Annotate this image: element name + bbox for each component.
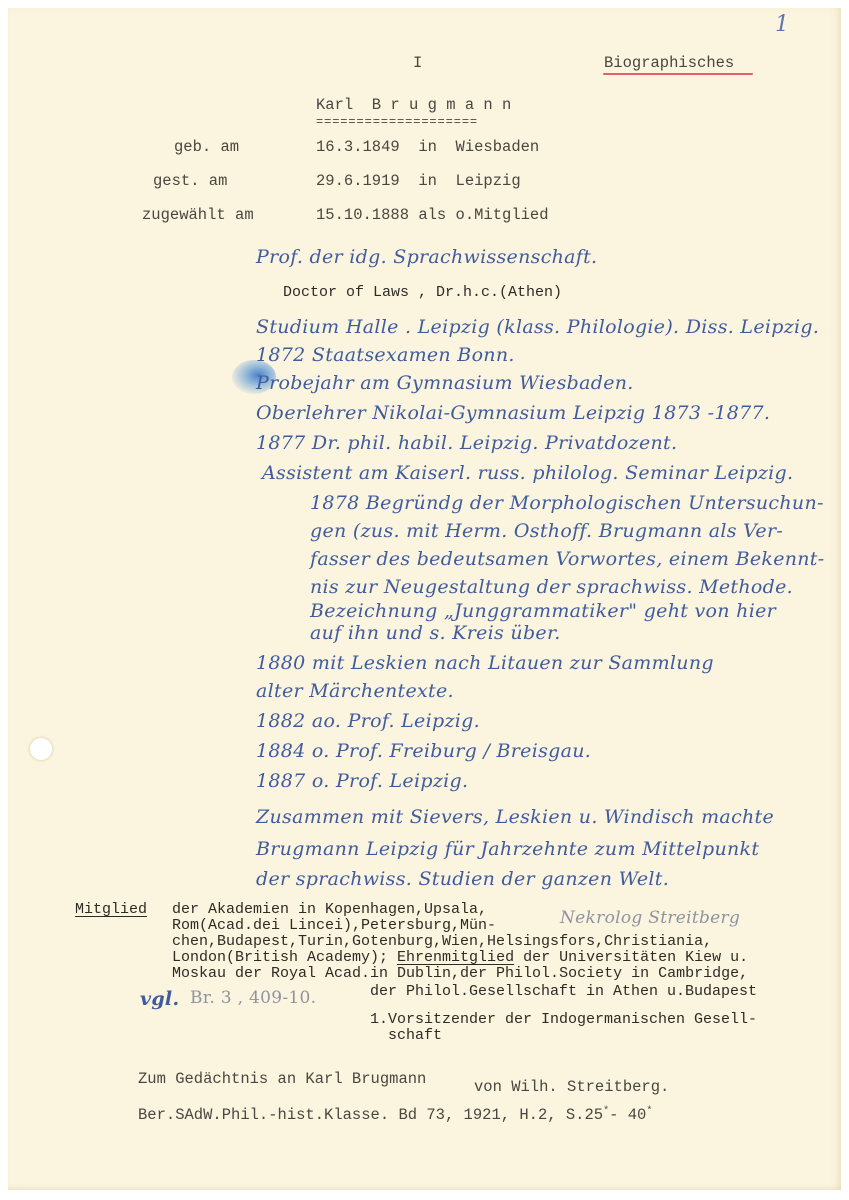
citation-mark: * xyxy=(646,1106,652,1117)
fact-label-died: gest. am xyxy=(153,174,227,190)
bio-line: 1882 ao. Prof. Leipzig. xyxy=(256,712,480,731)
bio-line: nis zur Neugestaltung der sprachwiss. Me… xyxy=(310,578,793,597)
bio-line: Oberlehrer Nikolai-Gymnasium Leipzig 187… xyxy=(256,404,770,423)
fact-value-born: 16.3.1849 in Wiesbaden xyxy=(316,140,539,156)
handwritten-title: Prof. der idg. Sprachwissenschaft. xyxy=(256,248,597,267)
bio-line: Studium Halle . Leipzig (klass. Philolog… xyxy=(256,318,819,337)
membership-london-text: London(British Academy); xyxy=(172,949,397,966)
summary-line: der sprachwiss. Studien der ganzen Welt. xyxy=(256,870,669,889)
fact-label-elected: zugewählt am xyxy=(142,208,254,224)
bio-line: 1877 Dr. phil. habil. Leipzig. Privatdoz… xyxy=(256,434,677,453)
bio-line: 1884 o. Prof. Freiburg / Breisgau. xyxy=(256,742,591,761)
membership-line: der Philol.Gesellschaft in Athen u.Budap… xyxy=(370,984,757,999)
membership-label: Mitglied xyxy=(75,902,147,917)
citation-text: Ber.SAdW.Phil.-hist.Klasse. Bd 73, 1921,… xyxy=(138,1106,603,1124)
bio-line: 1872 Staatsexamen Bonn. xyxy=(256,346,515,365)
bio-line: alter Märchentexte. xyxy=(256,682,454,701)
honorary-rest: der Universitäten Kiew u. xyxy=(514,949,748,966)
bio-line: Bezeichnung „Junggrammatiker" geht von h… xyxy=(310,602,776,621)
honorary-label: Ehrenmitglied xyxy=(397,949,514,966)
bio-line: 1887 o. Prof. Leipzig. xyxy=(256,772,468,791)
honors-typed: Doctor of Laws , Dr.h.c.(Athen) xyxy=(283,285,562,300)
membership-line: der Akademien in Kopenhagen,Upsala, xyxy=(172,902,487,917)
section-label-red-underline xyxy=(603,73,753,75)
page-number-handwritten: 1 xyxy=(775,14,789,36)
membership-line: Rom(Acad.dei Lincei),Petersburg,Mün- xyxy=(172,918,496,933)
fact-value-elected: 15.10.1888 als o.Mitglied xyxy=(316,208,549,224)
membership-line: Moskau der Royal Acad.in Dublin,der Phil… xyxy=(172,966,748,981)
pencil-note-nekrolog: Nekrolog Streitberg xyxy=(560,910,740,927)
citation: Ber.SAdW.Phil.-hist.Klasse. Bd 73, 1921,… xyxy=(138,1107,652,1124)
memorial-title: Zum Gedächtnis an Karl Brugmann xyxy=(138,1072,426,1088)
chair-line: 1.Vorsitzender der Indogermanischen Gese… xyxy=(370,1012,757,1027)
bio-line: fasser des bedeutsamen Vorwortes, einem … xyxy=(310,550,824,569)
person-name-underline: ==================== xyxy=(316,116,478,128)
bio-line: 1880 mit Leskien nach Litauen zur Sammlu… xyxy=(256,654,714,673)
summary-line: Zusammen mit Sievers, Leskien u. Windisc… xyxy=(256,808,774,827)
chair-line: schaft xyxy=(388,1028,442,1043)
memorial-author: von Wilh. Streitberg. xyxy=(474,1080,669,1096)
section-numeral: I xyxy=(413,56,422,72)
crossref-ink: vgl. xyxy=(140,990,179,1009)
fact-label-born: geb. am xyxy=(174,140,239,156)
bio-line: auf ihn und s. Kreis über. xyxy=(310,624,561,643)
summary-line: Brugmann Leipzig für Jahrzehnte zum Mitt… xyxy=(256,840,759,859)
membership-line: chen,Budapest,Turin,Gotenburg,Wien,Helsi… xyxy=(172,934,712,949)
person-name: Karl B r u g m a n n xyxy=(316,98,511,114)
punch-hole xyxy=(30,738,52,760)
fact-value-died: 29.6.1919 in Leipzig xyxy=(316,174,521,190)
bio-line: Probejahr am Gymnasium Wiesbaden. xyxy=(256,374,634,393)
bio-line: Assistent am Kaiserl. russ. philolog. Se… xyxy=(262,464,793,483)
citation-mid: - 40 xyxy=(609,1106,646,1124)
bio-line: gen (zus. mit Herm. Osthoff. Brugmann al… xyxy=(310,522,783,541)
membership-line-london: London(British Academy); Ehrenmitglied d… xyxy=(172,950,748,965)
crossref-pencil: Br. 3 , 409-10. xyxy=(190,990,316,1007)
section-label: Biographisches xyxy=(604,56,734,72)
bio-line: 1878 Begründg der Morphologischen Unters… xyxy=(310,494,824,513)
